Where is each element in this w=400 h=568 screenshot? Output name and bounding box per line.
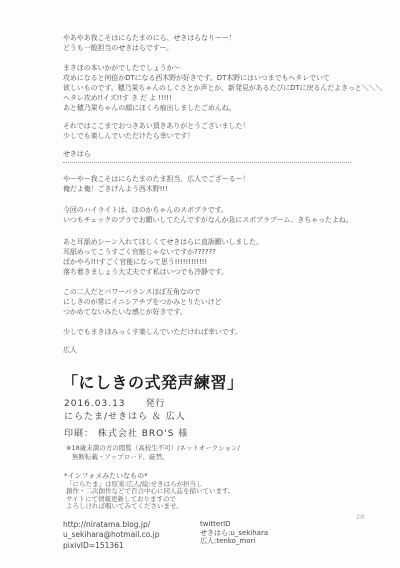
sekihara-paragraph-1: やあやあ我こそはにらたまのにら、せきはらなりーー！ どうも一般担当のせきはらです… xyxy=(63,33,382,53)
info-block: 「にらたま」は原案:広人/絵:せきはらが担当し 創作・二次創作などで百合中心に同… xyxy=(66,481,234,510)
printer-credit: 印刷： 株式会社 BRO'S 様 xyxy=(64,428,188,441)
disclaimer-line: 無断転載・アップロード、厳禁。 xyxy=(72,453,240,462)
afterword-text-line: 少しでもまきほみっくす楽しんでいただければ幸いです。 xyxy=(63,327,353,337)
twitter-id-sekihara: せきはら:u_sekihara xyxy=(200,529,268,538)
afterword-text-line: 今回のハイライトは、ほのかちゃんのスポブラです。 xyxy=(63,205,353,215)
sekihara-paragraph-2: まきほの本いかがでしたでしょうか～ 攻めになると何倍かDTになる西木野が好きです… xyxy=(63,63,382,113)
afterword-text-line: やあやあ我こそはにらたまのにら、せきはらなりーー！ xyxy=(63,33,382,43)
afterword-text-line: あと穂乃果ちゃんの顔にほくろ痕出しましたごめんね。 xyxy=(63,103,382,113)
afterword-text-line: 攻めになると何倍かDTになる西木野が好きです。DT木野にはいつまでもヘタレでいて xyxy=(63,73,382,83)
afterword-text-line: いつもチェックのブラでお願いしてたんですがなんか急にスポブラブーム、きちゃったよ… xyxy=(63,215,353,225)
twitter-id-heading: twitterID xyxy=(200,520,268,529)
afterword-text-line: 落ち着きましょう大丈夫です私はいつでも冷静です。 xyxy=(63,267,353,277)
afterword-text-line: 欲しいものです。穂乃果ちゃんのしぐさとか声とか、新発見があるたびにDTに戻るんだ… xyxy=(63,83,382,93)
pixiv-id: pixivID=151361 xyxy=(63,541,160,551)
sekihara-signature: せきはら xyxy=(63,149,382,159)
colophon-block: 2016.03.13 発行 にらたま/せきはら ＆ 広人 印刷： 株式会社 BR… xyxy=(64,398,188,441)
page-number: 28 xyxy=(356,513,364,521)
hiroto-signature: 広人 xyxy=(63,345,353,355)
afterword-text-line: この二人だとパワーバランスほぼ互角なので xyxy=(63,287,353,297)
afterword-text-line: 少しでも楽しんでいただけたら幸いです！ xyxy=(63,131,382,141)
hiroto-paragraph-5: 少しでもまきほみっくす楽しんでいただければ幸いです。 xyxy=(63,327,353,337)
hiroto-paragraph-3: あと耳舐めシーン入れてほしくてせきはらに直訴願いしました。 耳舐めってこうすごく… xyxy=(63,237,353,277)
afterword-text-line: あと耳舐めシーン入れてほしくてせきはらに直訴願いしました。 xyxy=(63,237,353,247)
book-title: 「にしきの式発声練習」 xyxy=(62,370,244,393)
doujinshi-afterword-page: やあやあ我こそはにらたまのにら、せきはらなりーー！ どうも一般担当のせきはらです… xyxy=(0,0,400,568)
afterword-text-line: やーやー我こそはにらたまのたま担当、広人でござーるー！ xyxy=(63,174,353,184)
circle-authors: にらたま/せきはら ＆ 広人 xyxy=(64,411,188,424)
sekihara-paragraph-3: それではここまでおつきあい頂きありがとうございました！ 少しでも楽しんでいただけ… xyxy=(63,121,382,141)
afterword-text-line: 耳舐めってこうすごく官能じゃないですか?????? xyxy=(63,247,353,257)
hiroto-paragraph-1: やーやー我こそはにらたまのたま担当、広人でござーるー！ 俺だよ俺！ごきげんよう西… xyxy=(63,174,353,194)
hiroto-paragraph-4: この二人だとパワーバランスほぼ互角なので にしきのが常にイニシアチブをつかみとり… xyxy=(63,287,353,317)
publication-date: 2016.03.13 発行 xyxy=(64,398,188,411)
afterword-hiroto: やーやー我こそはにらたまのたま担当、広人でござーるー！ 俺だよ俺！ごきげんよう西… xyxy=(63,174,353,355)
info-text-line: よろしければ覗いてみてくださいませ。 xyxy=(66,503,234,510)
afterword-text-line: ばかやろ!!!すごく官能になって思う!!!!!!!!!!!! xyxy=(63,257,353,267)
dotted-divider xyxy=(63,162,351,163)
email-address: u_sekihara@hotmail.co.jp xyxy=(63,530,160,540)
disclaimer-block: ※18歳未満の方の閲覧（高校生不可）/ネットオークション/ 無断転載・アップロー… xyxy=(66,444,240,462)
website-url: http://niratama.blog.jp/ xyxy=(63,520,160,530)
afterword-text-line: どうも一般担当のせきはらですー。 xyxy=(63,43,382,53)
disclaimer-line: ※18歳未満の方の閲覧（高校生不可）/ネットオークション/ xyxy=(66,444,240,453)
afterword-sekihara: やあやあ我こそはにらたまのにら、せきはらなりーー！ どうも一般担当のせきはらです… xyxy=(63,33,382,159)
afterword-text-line: まきほの本いかがでしたでしょうか～ xyxy=(63,63,382,73)
hiroto-paragraph-2: 今回のハイライトは、ほのかちゃんのスポブラです。 いつもチェックのブラでお願いし… xyxy=(63,205,353,225)
contact-right-column: twitterID せきはら:u_sekihara 広人:tenko_mori xyxy=(200,520,268,546)
twitter-id-hiroto: 広人:tenko_mori xyxy=(200,537,268,546)
contact-left-column: http://niratama.blog.jp/ u_sekihara@hotm… xyxy=(63,520,160,551)
afterword-text-line: ヘタレ攻め!!イズ!!す き だ よ !!!!! xyxy=(63,93,382,103)
afterword-text-line: それではここまでおつきあい頂きありがとうございました！ xyxy=(63,121,382,131)
afterword-text-line: にしきのが常にイニシアチブをつかみとりたいけど xyxy=(63,297,353,307)
afterword-text-line: つかめてないみたいな感じが好きです。 xyxy=(63,307,353,317)
afterword-text-line: 俺だよ俺！ごきげんよう西木野!!! xyxy=(63,184,353,194)
